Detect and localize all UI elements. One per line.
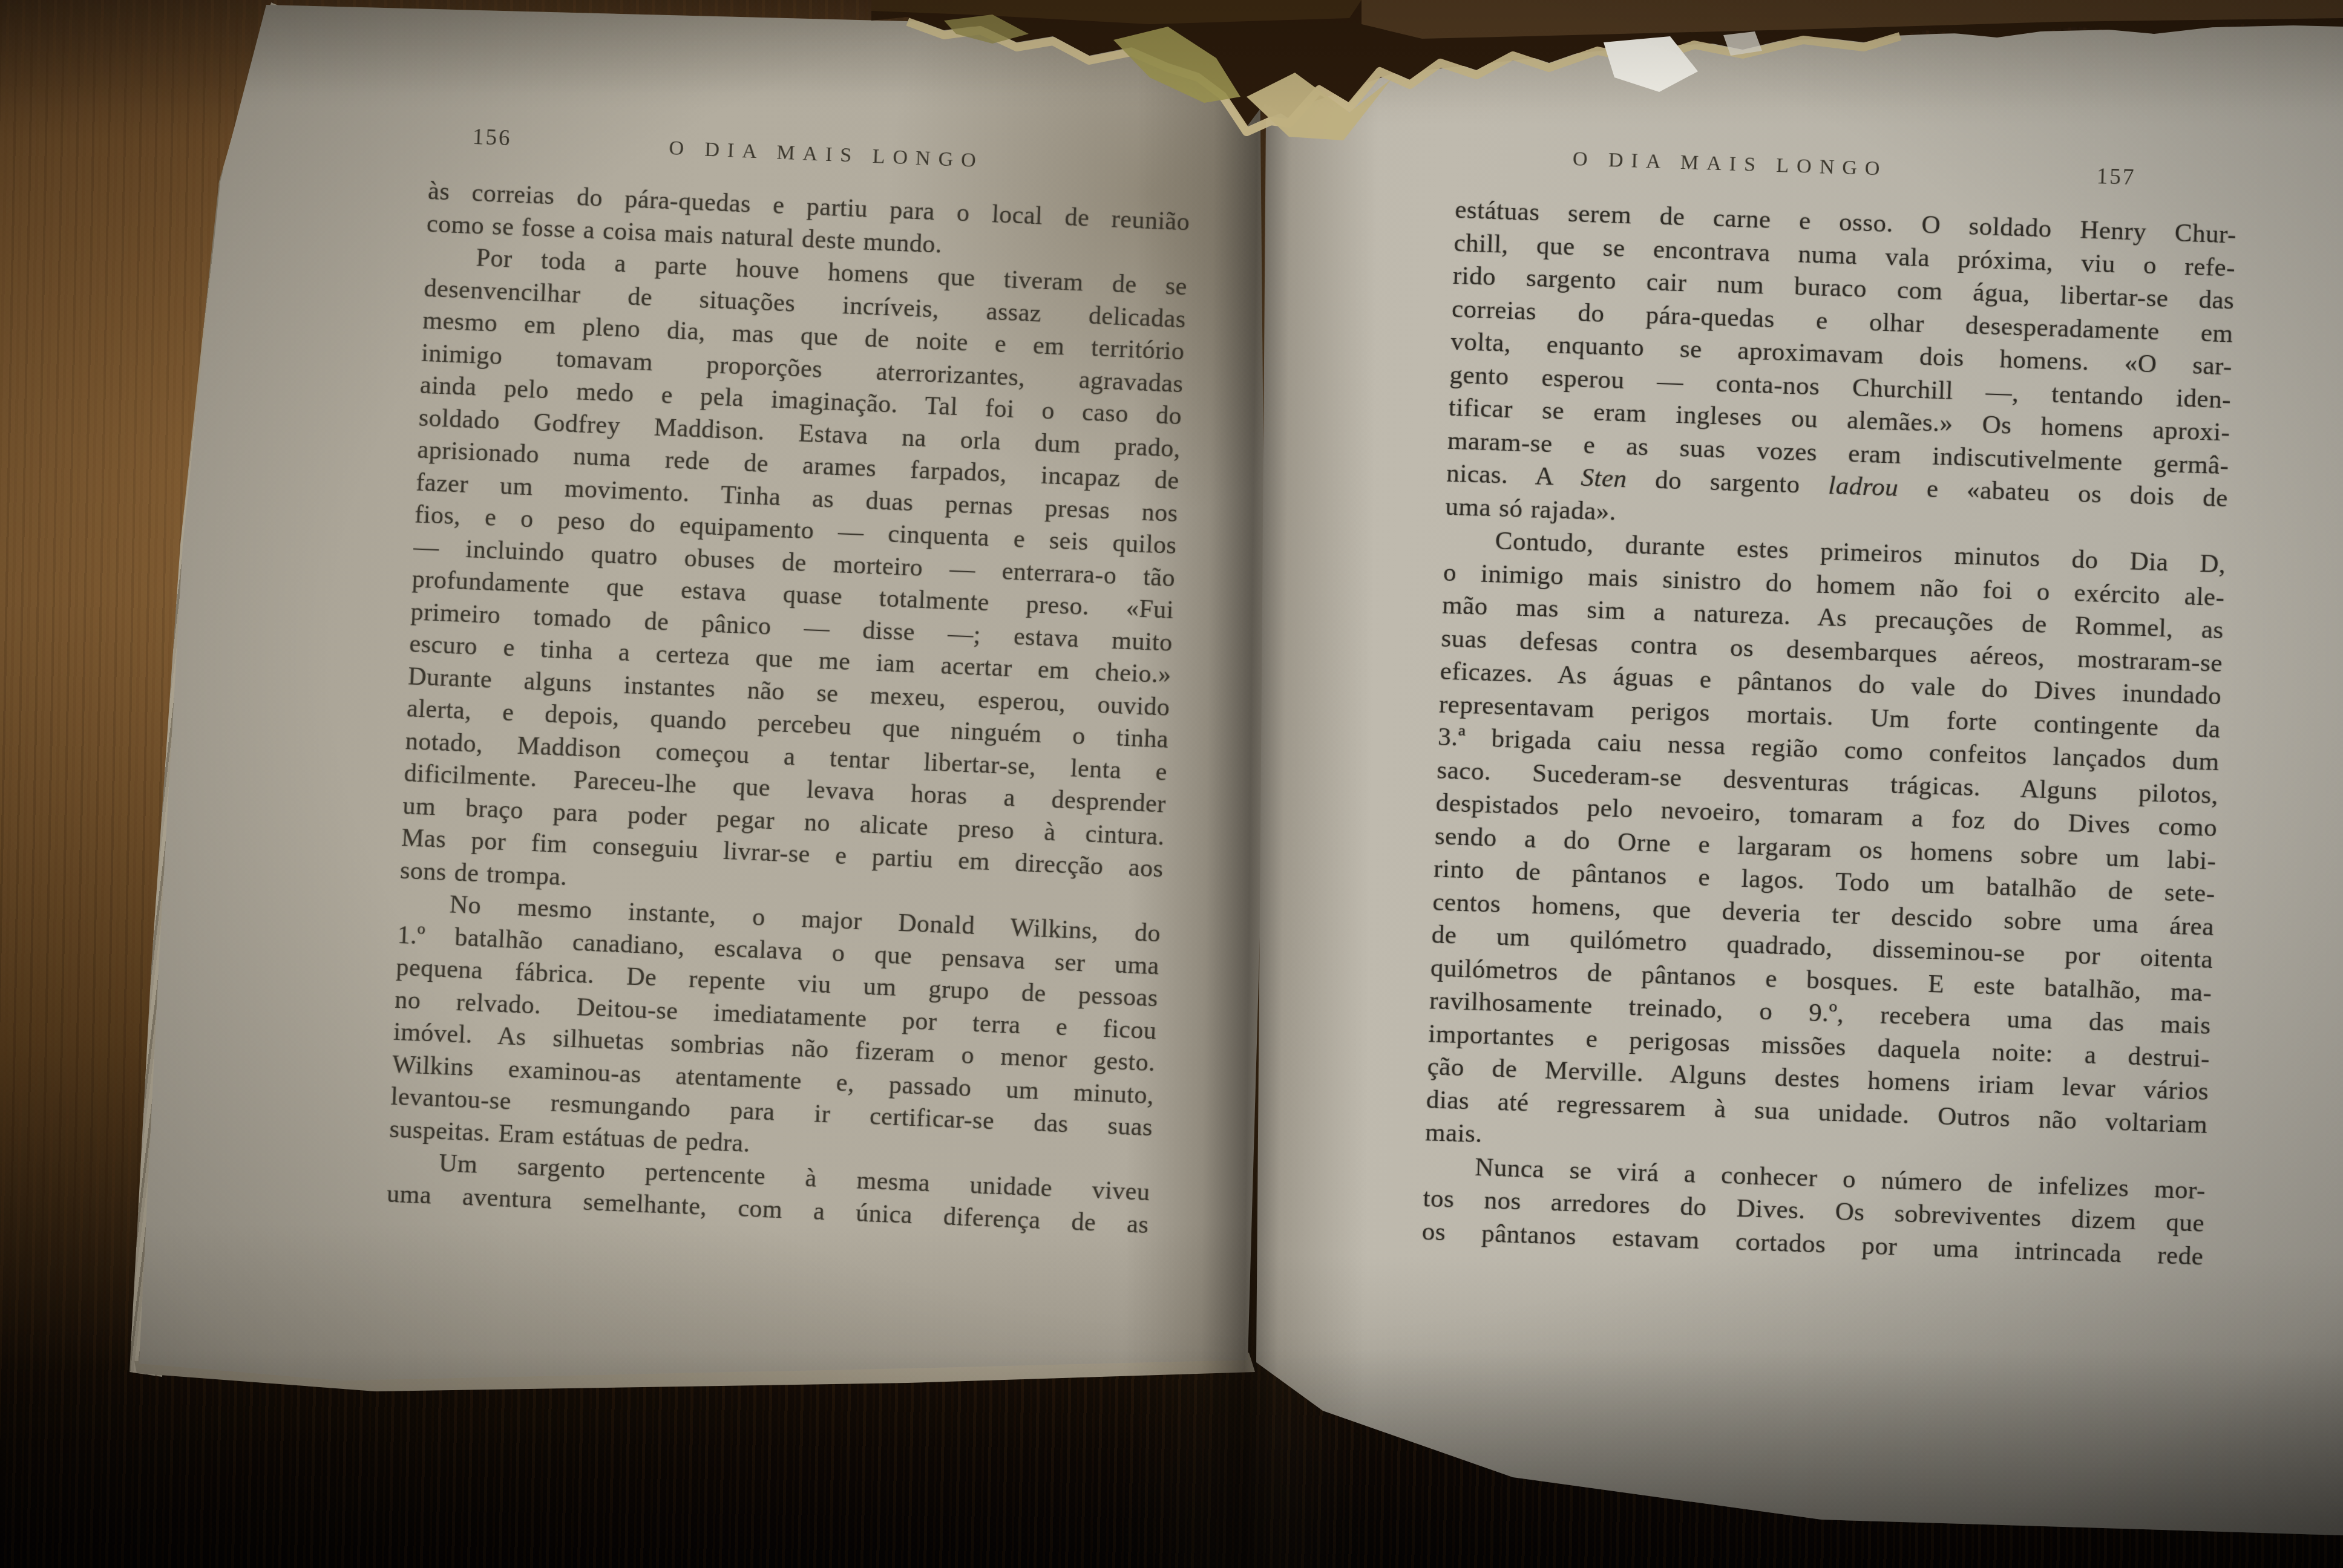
left-text-column: às correias do pára-quedas e partiu para… [386, 175, 1190, 1241]
right-page-text-block: O DIA MAIS LONGO 157 estátuas serem de c… [1421, 144, 2238, 1273]
left-page-text-block: 156 O DIA MAIS LONGO às correias do pára… [386, 122, 1193, 1241]
torn-paper-edge [0, 0, 2343, 181]
book-gutter-shadow [1121, 0, 1380, 1568]
book-photo: { "book": { "title_running_head": "O DIA… [0, 0, 2343, 1568]
right-text-column: estátuas serem de carne e osso. O soldad… [1421, 194, 2237, 1273]
